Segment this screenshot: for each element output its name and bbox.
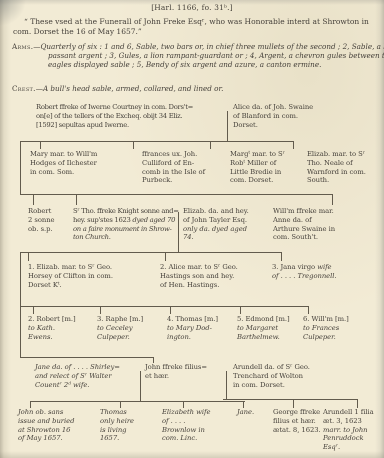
connector-line [30, 401, 31, 408]
node-edmond-barthelmew: 5. Edmond [m.] to Margaret Barthelmew. [237, 315, 301, 341]
connector-line [183, 401, 184, 408]
connector-line [243, 401, 244, 408]
node-john-ffreke-heir: John ffreke filius= et hær. [145, 363, 225, 381]
connector-line [332, 194, 333, 205]
connector-line [133, 141, 134, 149]
node-raphe-culpeper: 3. Raphe [m.] to Ceceley Culpeper. [97, 315, 161, 341]
node-robert-ffreke-iwerne: Robert ffreke of Iwerne Courtney in com.… [36, 103, 228, 129]
scanned-book-page: [Harl. 1166, fo. 31ᵇ.] “ These vsed at t… [0, 0, 384, 458]
connector-line [227, 111, 228, 141]
node-elizabeth-brownlow: Elizabeth wife of . . . . Brownlow in co… [162, 408, 232, 443]
connector-line [240, 306, 241, 314]
connector-line [357, 399, 358, 408]
connector-line [30, 401, 245, 402]
connector-line [20, 194, 333, 195]
connector-line [308, 306, 309, 314]
node-jane: Jane. [237, 408, 267, 417]
connector-line [293, 141, 294, 149]
node-thomas-dodington: 4. Thomas [m.] to Mary Dod- ington. [167, 315, 231, 341]
node-jana-tregonnell: 3. Jana virgo wife of . . . . Tregonnell… [272, 263, 364, 281]
connector-line [20, 252, 21, 307]
connector-line [120, 401, 121, 408]
connector-line [140, 371, 141, 402]
node-robert-ewens: 2. Robert [m.] to Kath. Ewens. [28, 315, 92, 341]
node-robert-2-sonne: Robert 2 sonne ob. s.p. [28, 207, 72, 233]
connector-line [100, 306, 101, 314]
node-alice-hastings: 2. Alice mar. to Sʳ Geo. Hastings son an… [160, 263, 266, 289]
connector-line [20, 306, 309, 307]
node-sir-thomas-ffreke: Sʳ Tho. ffreke Knight sonne and= hey. su… [73, 207, 181, 242]
connector-line [165, 252, 166, 261]
node-ffrances-culliford: ffrances ux. Joh. Culliford of En- comb … [142, 150, 230, 185]
node-arundell-penruddock: Arundell 1 filia æt. 3, 1623 marr. to Jo… [323, 408, 383, 452]
connector-line [226, 371, 227, 399]
node-thomas-only-heire: Thomas only heire is living 1657. [100, 408, 156, 443]
connector-line [28, 252, 29, 261]
node-elizab-neale: Elizab. mar. to Sʳ Tho. Neale of Warnfor… [307, 150, 383, 185]
connector-line [76, 194, 77, 205]
connector-line [20, 252, 282, 253]
node-willm-ffreke: Will'm ffreke mar. Anne da. of Arthure S… [273, 207, 359, 242]
node-elizab-horsey: 1. Elizab. mar. to Sʳ Geo. Horsey of Cli… [28, 263, 154, 289]
node-willm-culpeper: 6. Will'm [m.] to Frances Culpeper. [303, 315, 367, 341]
node-mary-hodges: Mary mar. to Will'm Hodges of Ilchester … [30, 150, 135, 176]
node-jane-shirley: Jane da. of . . . . Shirley= and relect … [35, 363, 141, 389]
connector-line [20, 306, 21, 358]
node-elizab-tayler: Elizab. da. and hey. of John Tayler Esq.… [183, 207, 267, 242]
node-john-died-1657: John ob. sans issue and buried at Shrowt… [18, 408, 92, 443]
connector-line [33, 306, 34, 314]
connector-line [281, 252, 282, 261]
connector-line [170, 306, 171, 314]
connector-line [20, 141, 294, 142]
node-alice-swaine: Alice da. of Joh. Swaine of Blanford in … [233, 103, 353, 129]
node-arundell-trenchard: Arundell da. of Sʳ Geo. Trenchard of Wol… [233, 363, 349, 389]
connector-line [293, 399, 294, 408]
connector-line [33, 194, 34, 205]
node-margaret-miller: Margᵗ mar. to Sʳ Robᵗ Miller of Little B… [230, 150, 308, 185]
connector-line [178, 212, 179, 252]
connector-line [20, 141, 21, 195]
connector-line [40, 141, 41, 149]
connector-line [223, 399, 358, 400]
connector-line [210, 141, 211, 149]
connector-line [20, 357, 154, 358]
pedigree-chart: Robert ffreke of Iwerne Courtney in com.… [0, 0, 384, 458]
